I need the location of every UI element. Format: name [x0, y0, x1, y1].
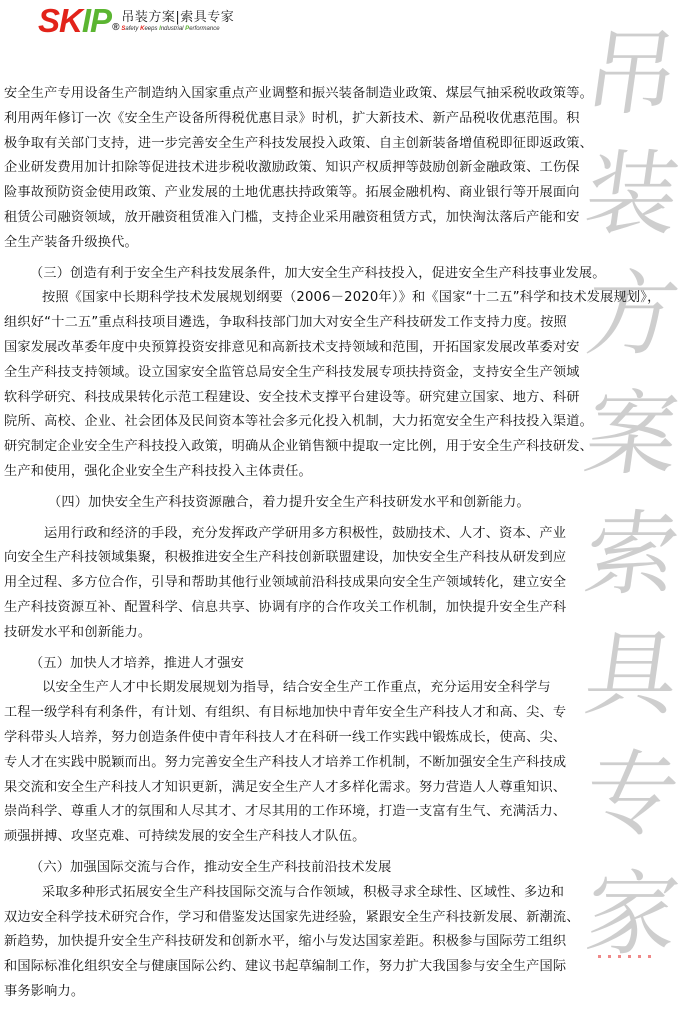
paragraph-line: 安全生产专用设备生产制造纳入国家重点产业调整和振兴装备制造业政策、煤层气抽采税收…: [4, 82, 644, 107]
paragraph-first-line: 运用行政和经济的手段，充分发挥政产学研用多方积极性，鼓励技术、人才、资本、产业: [4, 522, 644, 547]
paragraph-first-line: 按照《国家中长期科学技术发展规划纲要（2006－2020年）》和《国家“十二五”…: [4, 286, 644, 311]
tagline-word: eeps: [144, 26, 159, 32]
paragraph-line: 院所、高校、企业、社会团体及民间资本等社会多元化投入机制，大力拓宽安全生产科技投…: [4, 410, 644, 435]
logo-ip: IP: [82, 2, 111, 39]
paragraph-line: 技研发水平和创新能力。: [4, 621, 644, 646]
paragraph-line: 组织好“十二五”重点科技项目遴选，争取科技部门加大对安全生产科技研发工作支持力度…: [4, 311, 644, 336]
paragraph-line: 新趋势，加快提升安全生产科技研发和创新水平，缩小与发达国家差距。积极参与国际劳工…: [4, 930, 644, 955]
paragraph-line: 利用两年修订一次《安全生产设备所得税优惠目录》时机，扩大新技术、新产品税收优惠范…: [4, 107, 644, 132]
tagline: Safety Keeps Industrial Performance: [121, 25, 234, 34]
paragraph-first-line: 以安全生产人才中长期发展规划为指导，结合安全生产工作重点，充分运用安全科学与: [4, 676, 644, 701]
section-heading: （六）加强国际交流与合作，推动安全生产科技前沿技术发展: [4, 856, 644, 881]
slogan-cn: 吊装方案|索具专家: [121, 10, 234, 25]
paragraph-line: 崇尚科学、尊重人才的氛围和人尽其才、才尽其用的工作环境，打造一支富有生气、充满活…: [4, 800, 644, 825]
paragraph-line: 工程一级学科有利条件，有计划、有组织、有目标地加快中青年安全生产科技人才和高、尖…: [4, 701, 644, 726]
registered-mark: ®: [112, 22, 118, 33]
section-heading: （五）加快人才培养，推进人才强安: [4, 652, 644, 677]
paragraph-line: 全生产科技支持领域。设立国家安全监管总局安全生产科技发展专项扶持资金，支持安全生…: [4, 361, 644, 386]
paragraph-line: 极争取有关部门支持，进一步完善安全生产科技发展投入政策、自主创新装备增值税即征即…: [4, 132, 644, 157]
paragraph-line: 专人才在实践中脱颖而出。努力完善安全生产科技人才培养工作机制，不断加强安全生产科…: [4, 751, 644, 776]
tagline-word: afety: [125, 26, 140, 32]
document-body: 安全生产专用设备生产制造纳入国家重点产业调整和振兴装备制造业政策、煤层气抽采税收…: [4, 82, 644, 1005]
logo-text: 吊装方案|索具专家 Safety Keeps Industrial Perfor…: [121, 10, 234, 34]
paragraph-line: 国家发展改革委年度中央预算投资安排意见和高新技术支持领域和范围，开拓国家发展改革…: [4, 336, 644, 361]
paragraph-line: 和国际标准化组织安全与健康国际公约、建议书起草编制工作，努力扩大我国参与安全生产…: [4, 955, 644, 980]
paragraph-line: 事务影响力。: [4, 980, 644, 1005]
section-heading: （三）创造有利于安全生产科技发展条件，加大安全生产科技投入，促进安全生产科技事业…: [4, 262, 644, 287]
paragraph-line: 双边安全科学技术研究合作，学习和借鉴发达国家先进经验，紧跟安全生产科技新发展、新…: [4, 906, 644, 931]
paragraph-line: 租赁公司融资领域，放开融资租赁准入门槛，支持企业采用融资租赁方式，加快淘汰落后产…: [4, 206, 644, 231]
paragraph-line: 用全过程、多方位合作，引导和帮助其他行业领域前沿科技成果向安全生产领域转化，建立…: [4, 571, 644, 596]
paragraph-line: 生产和使用，强化企业安全生产科技投入主体责任。: [4, 460, 644, 485]
site-header: SKIP® 吊装方案|索具专家 Safety Keeps Industrial …: [38, 4, 234, 38]
section-heading: （四）加快安全生产科技资源融合，着力提升安全生产科技研发水平和创新能力。: [4, 491, 644, 516]
paragraph-line: 全生产装备升级换代。: [4, 231, 644, 256]
tagline-word: ndustrial: [161, 26, 185, 32]
paragraph-line: 学科带头人培养，努力创造条件使中青年科技人才在科研一线工作实践中锻炼成长，使高、…: [4, 726, 644, 751]
paragraph-line: 软科学研究、科技成果转化示范工程建设、安全技术支撑平台建设等。研究建立国家、地方…: [4, 386, 644, 411]
paragraph-line: 研究制定企业安全生产科技投入政策，明确从企业销售额中提取一定比例，用于安全生产科…: [4, 435, 644, 460]
paragraph-line: 企业研发费用加计扣除等促进技术进步税收激励政策、知识产权质押等鼓励创新金融政策、…: [4, 156, 644, 181]
tagline-word: erformance: [189, 26, 219, 32]
paragraph-line: 生产科技资源互补、配置科学、信息共享、协调有序的合作攻关工作机制，加快提升安全生…: [4, 596, 644, 621]
skip-logo: SKIP®: [38, 4, 118, 47]
paragraph-line: 顽强拼搏、攻坚克难、可持续发展的安全生产科技人才队伍。: [4, 825, 644, 850]
paragraph-first-line: 采取多种形式拓展安全生产科技国际交流与合作领域，积极寻求全球性、区域性、多边和: [4, 881, 644, 906]
logo-sk: SK: [38, 2, 82, 39]
paragraph-line: 向安全生产科技领域集聚，积极推进安全生产科技创新联盟建设，加快安全生产科技从研发…: [4, 546, 644, 571]
paragraph-line: 果交流和安全生产科技人才知识更新，满足安全生产人才多样化需求。努力营造人人尊重知…: [4, 776, 644, 801]
paragraph-line: 险事故预防资金使用政策、产业发展的土地优惠扶持政策等。拓展金融机构、商业银行等开…: [4, 181, 644, 206]
